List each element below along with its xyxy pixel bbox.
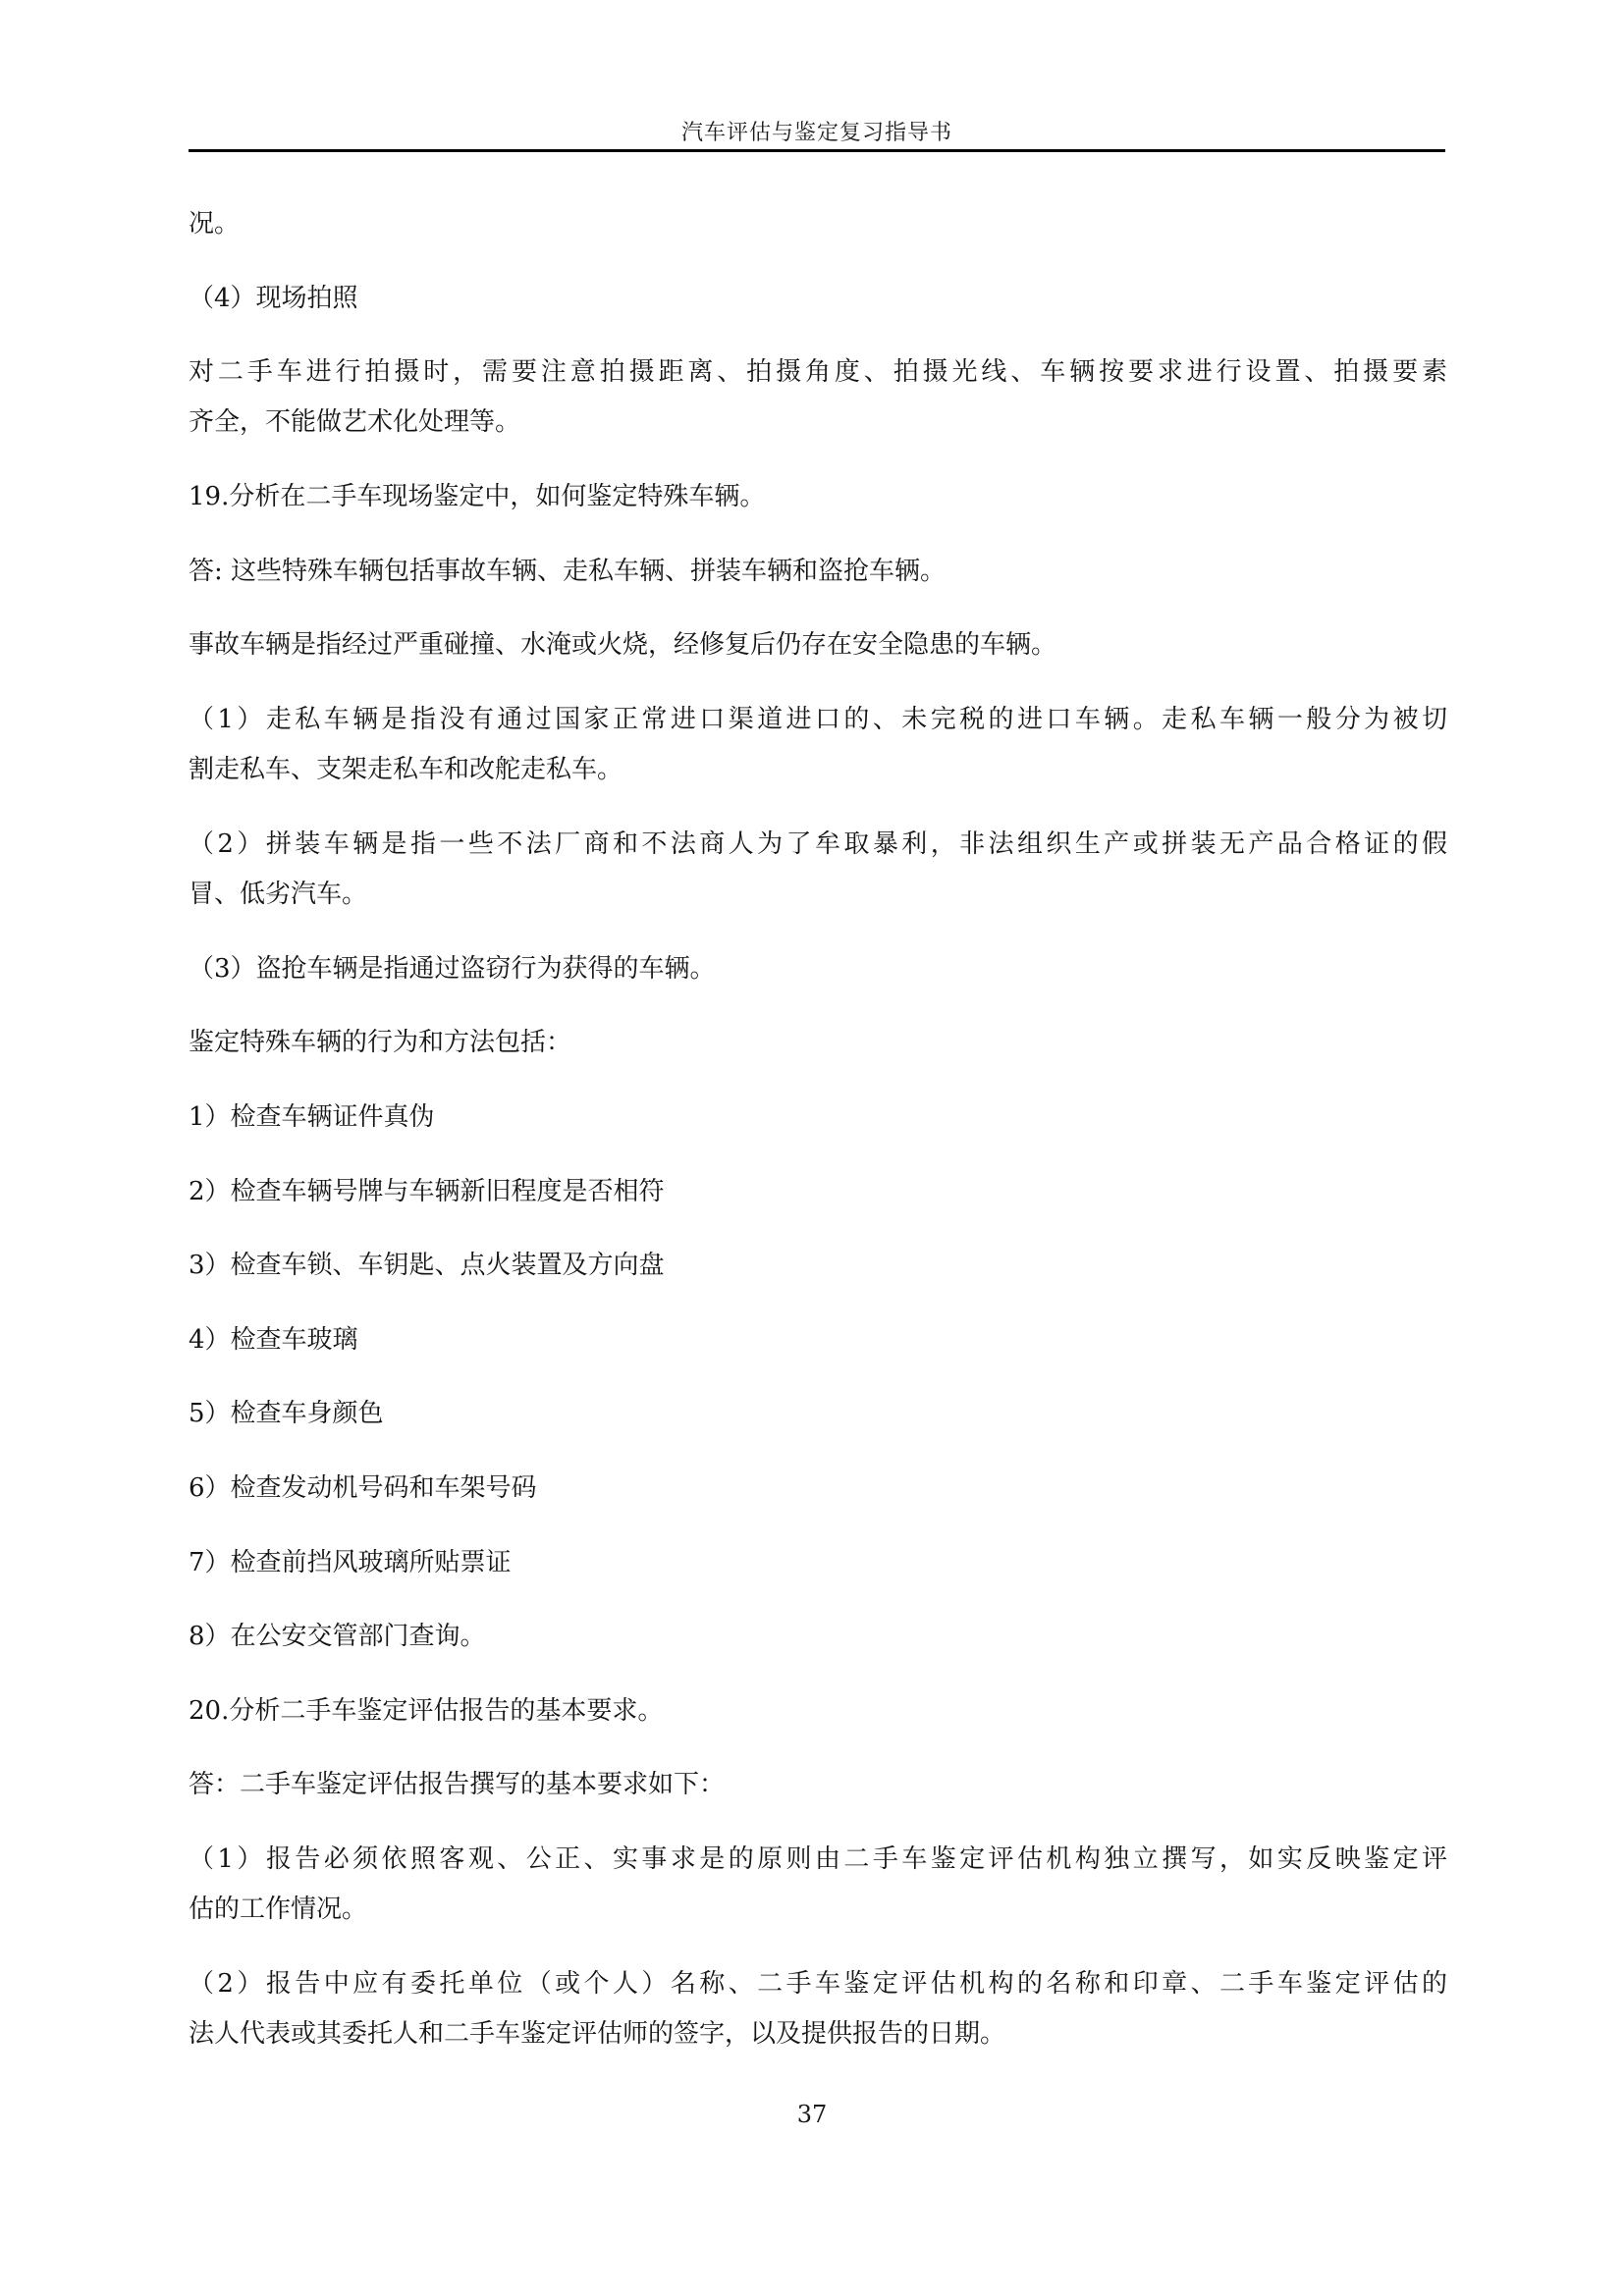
paragraph-line: 冒、低劣汽车。 [189,880,367,909]
question-19: 19.分析在二手车现场鉴定中，如何鉴定特殊车辆。 [189,482,765,511]
list-item: 7）检查前挡风玻璃所贴票证 [189,1548,512,1577]
header-divider [189,149,1445,152]
paragraph-assembled-vehicle: （2）拼装车辆是指一些不法厂商和不法商人为了牟取暴利，非法组织生产或拼装无产品合… [189,829,1447,859]
question-20: 20.分析二手车鉴定评估报告的基本要求。 [189,1696,663,1726]
running-header-title: 汽车评估与鉴定复习指导书 [189,116,1445,146]
paragraph-stolen-vehicle: （3）盗抢车辆是指通过盗窃行为获得的车辆。 [189,954,716,984]
paragraph-line: 估的工作情况。 [189,1895,367,1924]
paragraph-report-requirement-2: （2）报告中应有委托单位（或个人）名称、二手车鉴定评估机构的名称和印章、二手车鉴… [189,1969,1447,1999]
page-number: 37 [0,2101,1624,2128]
answer-19-intro: 答: 这些特殊车辆包括事故车辆、走私车辆、拼装车辆和盗抢车辆。 [189,557,946,586]
list-item: 8）在公安交管部门查询。 [189,1622,486,1651]
list-item: 3）检查车锁、车钥匙、点火装置及方向盘 [189,1251,665,1280]
paragraph-line: 齐全，不能做艺术化处理等。 [189,407,520,437]
paragraph-line: 割走私车、支架走私车和改舵走私车。 [189,755,623,784]
list-item: 5）检查车身颜色 [189,1399,384,1428]
list-item: 2）检查车辆号牌与车辆新旧程度是否相符 [189,1177,665,1206]
page-header: 汽车评估与鉴定复习指导书 [189,110,1445,153]
subheading-on-site-photography: （4）现场拍照 [189,284,358,313]
paragraph-report-requirement-1: （1）报告必须依照客观、公正、实事求是的原则由二手车鉴定评估机构独立撰写，如实反… [189,1844,1447,1874]
paragraph-accident-vehicle: 事故车辆是指经过严重碰撞、水淹或火烧，经修复后仍存在安全隐患的车辆。 [189,630,1056,660]
list-item: 6）检查发动机号码和车架号码 [189,1473,537,1503]
paragraph-continuation: 况。 [189,209,240,239]
answer-20-intro: 答：二手车鉴定评估报告撰写的基本要求如下： [189,1770,725,1799]
paragraph-smuggled-vehicle: （1）走私车辆是指没有通过国家正常进口渠道进口的、未完税的进口车辆。走私车辆一般… [189,705,1447,734]
paragraph-methods-intro: 鉴定特殊车辆的行为和方法包括： [189,1028,571,1057]
paragraph-line: 法人代表或其委托人和二手车鉴定评估师的签字，以及提供报告的日期。 [189,2019,1005,2049]
paragraph-line: 对二手车进行拍摄时，需要注意拍摄距离、拍摄角度、拍摄光线、车辆按要求进行设置、拍… [189,357,1447,387]
list-item: 1）检查车辆证件真伪 [189,1102,435,1132]
list-item: 4）检查车玻璃 [189,1325,358,1355]
